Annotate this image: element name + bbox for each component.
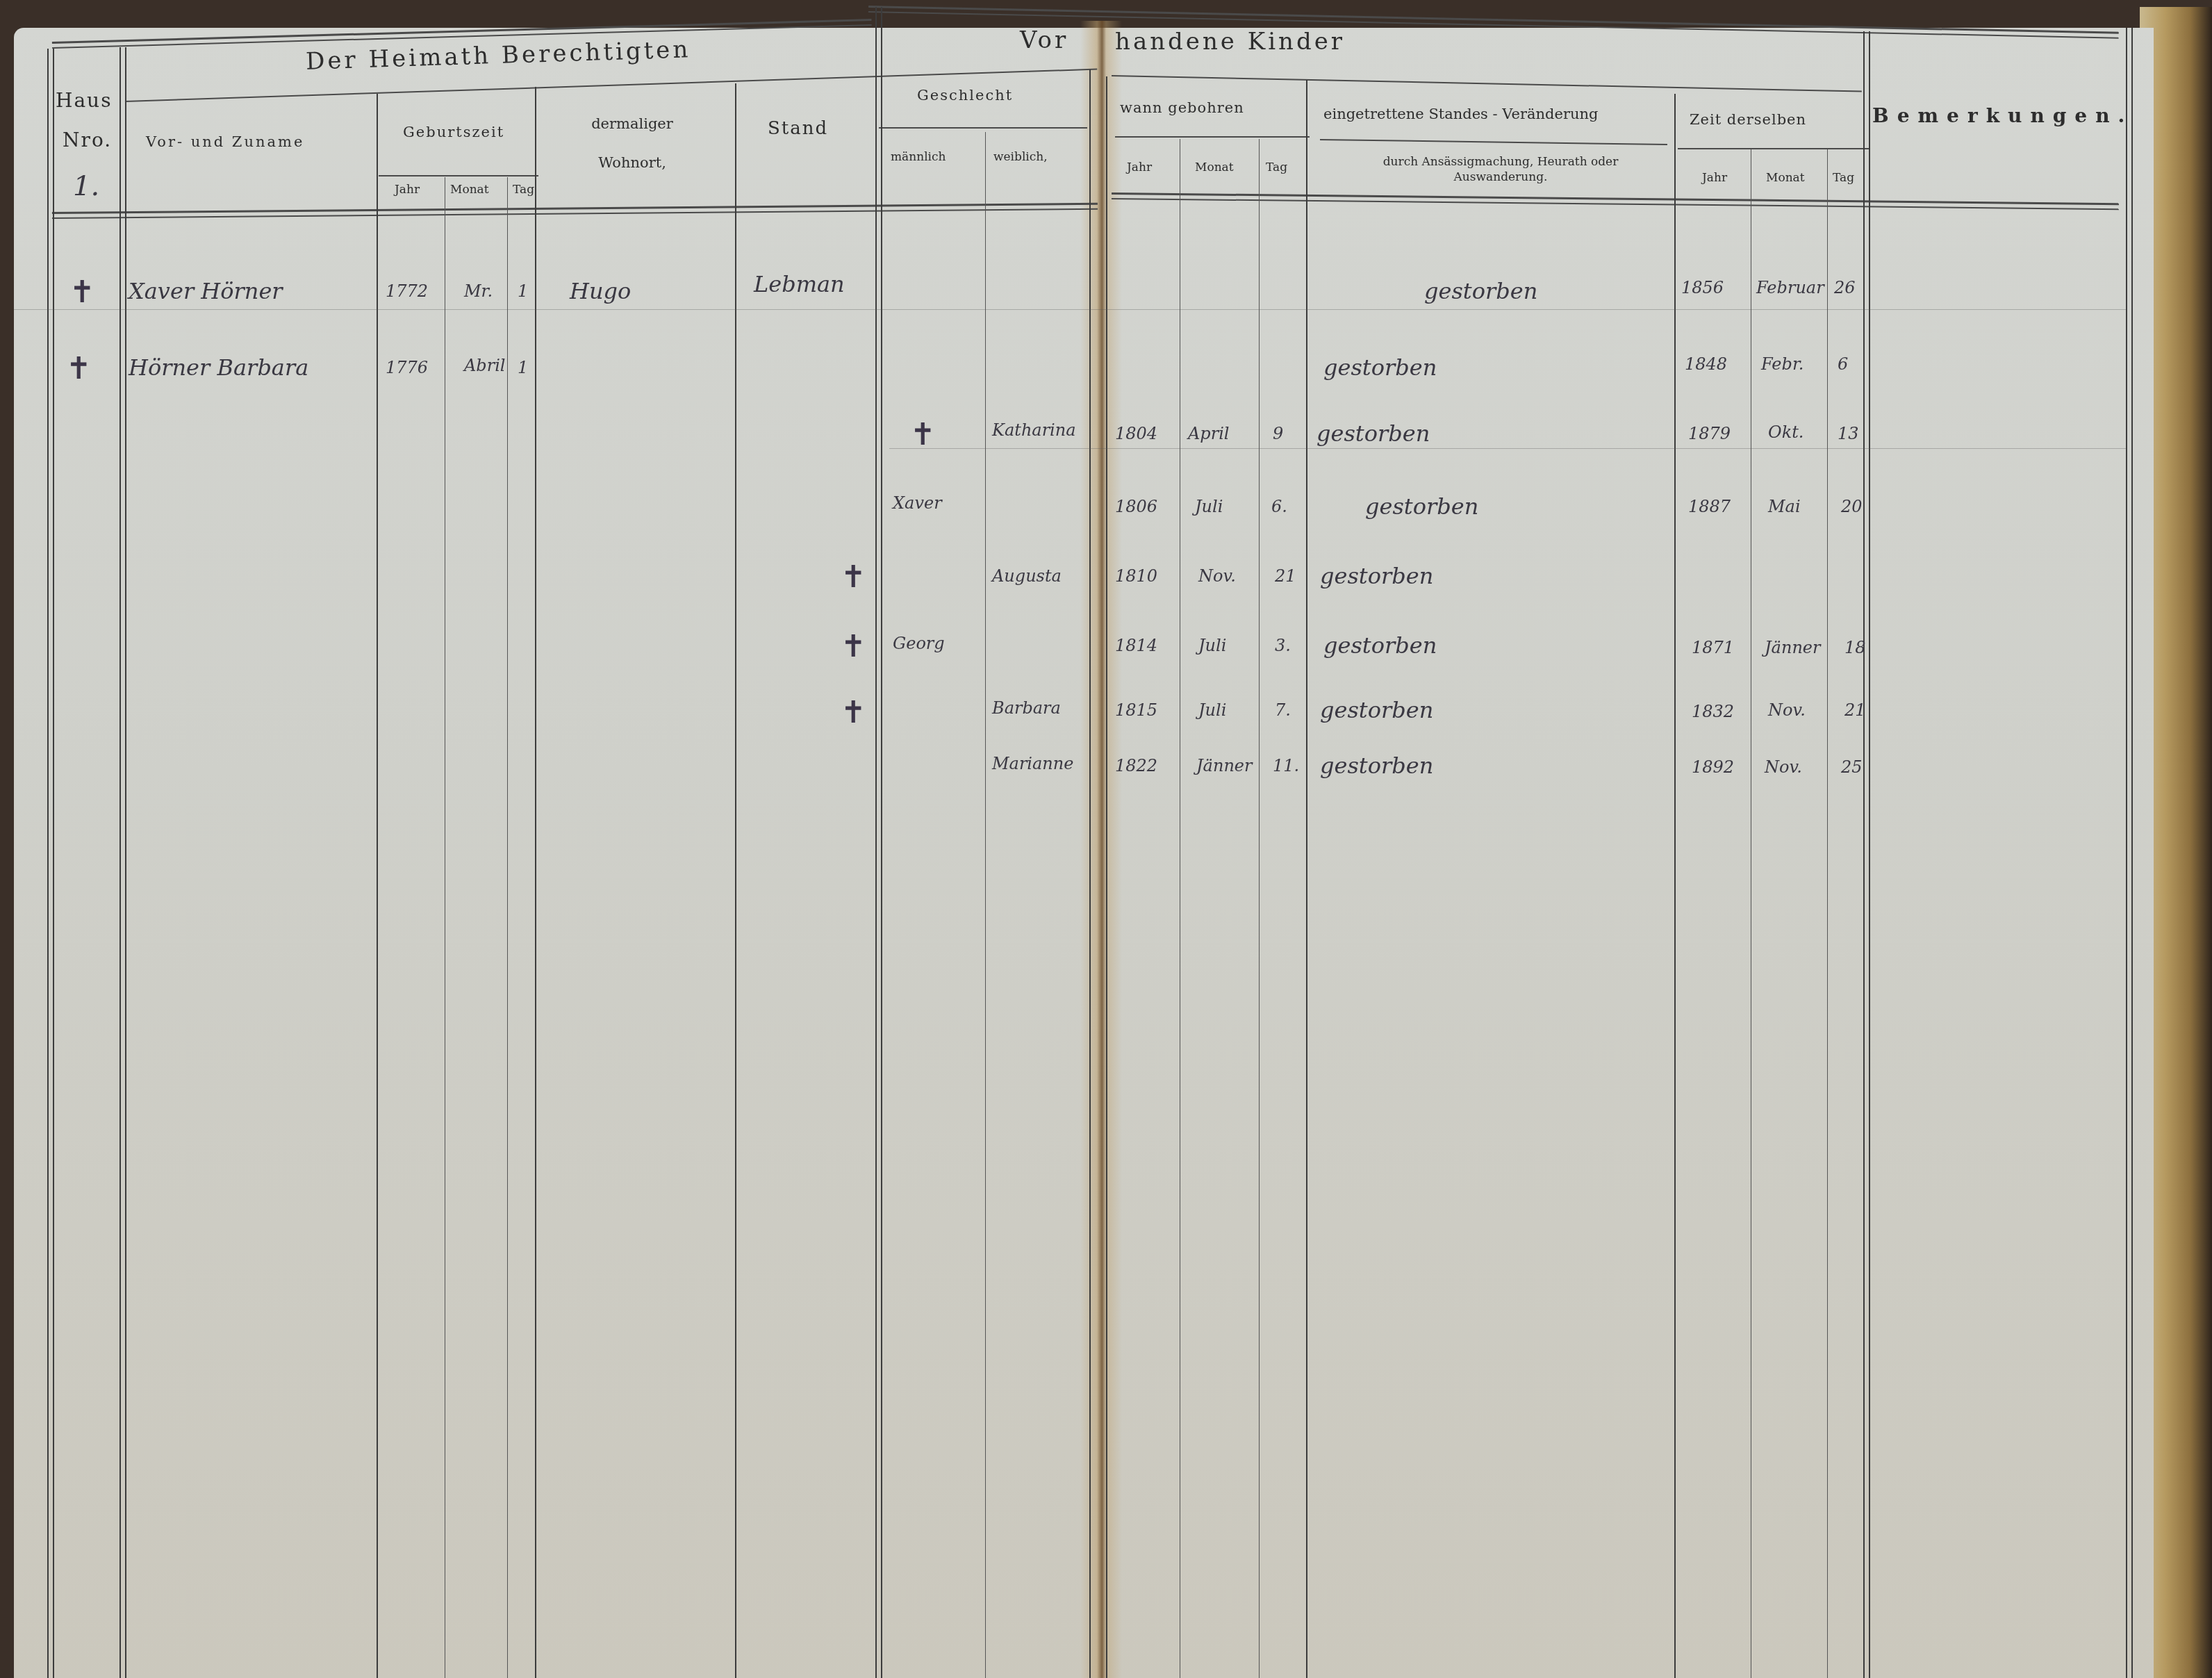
child-change-day: 20: [1841, 497, 1863, 516]
child-change: gestorben: [1365, 493, 1478, 520]
born-sub-monat: Monat: [1195, 160, 1234, 175]
child-female-name: Barbara: [992, 698, 1061, 718]
child-change-month: Mai: [1768, 497, 1801, 516]
gender-col-header: Geschlecht: [917, 87, 1013, 104]
parent-change-month: Febr.: [1761, 354, 1804, 374]
parent-stand: Lebman: [754, 271, 845, 297]
change-col-header: eingetrettene Standes - Veränderung: [1323, 106, 1599, 122]
gender-sub-rule: [879, 127, 1087, 129]
child-change-year: 1871: [1692, 638, 1734, 657]
haus-label: Haus: [56, 89, 113, 112]
time-month-border: [1827, 149, 1828, 1678]
deceased-cross-icon: ✝: [841, 629, 866, 664]
parent-change-month: Februar: [1756, 278, 1824, 297]
parent-birth-day: 1: [518, 358, 528, 377]
row-guide-2: [889, 448, 2126, 449]
birth-col-border: [535, 87, 536, 1678]
change-col-border: [1674, 94, 1676, 1678]
child-year: 1815: [1115, 700, 1157, 720]
child-day: 21: [1275, 566, 1296, 586]
name-col-header: Vor- und Zuname: [146, 133, 304, 150]
child-year: 1822: [1115, 756, 1157, 775]
child-female-name: Marianne: [992, 754, 1073, 773]
child-change-month: Nov.: [1765, 757, 1802, 777]
deceased-cross-icon: ✝: [69, 274, 95, 310]
child-year: 1810: [1115, 566, 1157, 586]
child-change-year: 1887: [1688, 497, 1731, 516]
parent-birth-year: 1772: [386, 281, 428, 301]
born-col-border: [1306, 80, 1307, 1678]
child-month: Jänner: [1196, 756, 1253, 775]
nro-label: Nro.: [63, 129, 112, 151]
child-male-name: Georg: [893, 634, 945, 653]
deceased-cross-icon: ✝: [841, 695, 866, 730]
parent-name: Xaver Hörner: [129, 278, 283, 304]
birth-year-border: [445, 177, 445, 1678]
child-change: gestorben: [1323, 632, 1437, 659]
born-month-border: [1259, 139, 1260, 1678]
child-year: 1814: [1115, 636, 1157, 655]
child-change: gestorben: [1320, 752, 1433, 779]
time-year-border: [1751, 149, 1751, 1678]
parent-birth-year: 1776: [386, 358, 428, 377]
child-change-year: 1892: [1692, 757, 1734, 777]
left-outer-border: [47, 49, 54, 1678]
stand-col-border: [875, 7, 882, 1678]
child-year: 1804: [1115, 424, 1157, 443]
child-change-day: 13: [1838, 424, 1859, 443]
right-outer-border: [2126, 28, 2133, 1678]
child-female-name: Augusta: [992, 566, 1062, 586]
born-sub-jahr: Jahr: [1127, 160, 1152, 175]
child-change-day: 21: [1844, 700, 1866, 720]
name-col-border: [377, 94, 378, 1678]
parent-change: gestorben: [1323, 354, 1437, 381]
parent-change-day: 26: [1834, 278, 1856, 297]
born-year-border: [1180, 139, 1180, 1678]
parent-change-year: 1848: [1685, 354, 1727, 374]
left-page: [14, 28, 1108, 1678]
birth-col-header: Geburtszeit: [403, 124, 504, 140]
left-page-inner-border: [1089, 69, 1091, 1678]
child-month: Juli: [1198, 636, 1226, 655]
born-sub-rule: [1115, 136, 1310, 138]
haus-col-border: [119, 47, 126, 1678]
stand-col-header: Stand: [768, 118, 828, 139]
row-guide-1: [14, 309, 2126, 310]
birth-month-border: [507, 177, 508, 1678]
born-col-header: wann gebohren: [1120, 99, 1244, 116]
parent-change-day: 6: [1838, 354, 1848, 374]
parent-change: gestorben: [1424, 278, 1537, 304]
child-change-year: 1832: [1692, 702, 1734, 721]
title-vor: Vor: [1020, 26, 1068, 54]
time-sub-jahr: Jahr: [1702, 170, 1727, 186]
residence-col-border: [735, 83, 736, 1678]
time-sub-monat: Monat: [1766, 170, 1805, 186]
child-month: Juli: [1198, 700, 1226, 720]
parent-birth-month: Mr.: [464, 281, 493, 301]
child-change-year: 1879: [1688, 424, 1731, 443]
child-day: 9: [1273, 424, 1283, 443]
residence-col-header: dermaliger Wohnort,: [570, 104, 695, 182]
parent-residence: Hugo: [570, 278, 631, 304]
deceased-cross-icon: ✝: [66, 351, 92, 386]
remarks-col-border: [1863, 31, 1870, 1678]
book-spine: [1080, 21, 1122, 1678]
right-page: [1105, 28, 2154, 1678]
remarks-col-header: Bemerkungen.: [1872, 104, 2133, 127]
house-number: 1.: [73, 170, 99, 202]
parent-change-year: 1856: [1681, 278, 1724, 297]
parent-name: Hörner Barbara: [129, 354, 308, 381]
child-change: gestorben: [1317, 420, 1430, 447]
born-sub-tag: Tag: [1266, 160, 1287, 175]
child-change-month: Okt.: [1768, 422, 1804, 442]
birth-sub-monat: Monat: [450, 182, 489, 197]
child-day: 6.: [1271, 497, 1287, 516]
child-change: gestorben: [1320, 563, 1433, 589]
birth-sub-jahr: Jahr: [395, 182, 420, 197]
child-male-name: Xaver: [893, 493, 942, 513]
time-col-header: Zeit derselben: [1690, 111, 1806, 128]
title-handene-kinder: handene Kinder: [1115, 28, 1345, 56]
child-day: 3.: [1275, 636, 1291, 655]
child-change-month: Jänner: [1765, 638, 1821, 657]
child-day: 7.: [1275, 700, 1291, 720]
right-page-inner-border: [1106, 76, 1107, 1678]
gender-split-border: [985, 132, 986, 1678]
deceased-cross-icon: ✝: [910, 417, 936, 452]
child-month: Juli: [1195, 497, 1223, 516]
birth-sub-tag: Tag: [513, 182, 534, 197]
child-year: 1806: [1115, 497, 1157, 516]
parent-birth-day: 1: [518, 281, 528, 301]
child-month: Nov.: [1198, 566, 1236, 586]
gender-sub-female: weiblich,: [993, 149, 1048, 165]
change-sub-header: durch Ansässigmachung, Heurath oder Ausw…: [1372, 154, 1629, 185]
child-change-day: 18: [1844, 638, 1866, 657]
deceased-cross-icon: ✝: [841, 559, 866, 595]
child-day: 11.: [1273, 756, 1299, 775]
child-change-day: 25: [1841, 757, 1863, 777]
gender-sub-male: männlich: [891, 149, 946, 165]
child-change-month: Nov.: [1768, 700, 1806, 720]
child-female-name: Katharina: [992, 420, 1076, 440]
birth-sub-rule: [379, 175, 538, 176]
child-change: gestorben: [1320, 697, 1433, 723]
parent-birth-month: Abril: [464, 356, 506, 375]
time-sub-rule: [1678, 148, 1869, 149]
child-month: April: [1188, 424, 1230, 443]
time-sub-tag: Tag: [1833, 170, 1854, 186]
